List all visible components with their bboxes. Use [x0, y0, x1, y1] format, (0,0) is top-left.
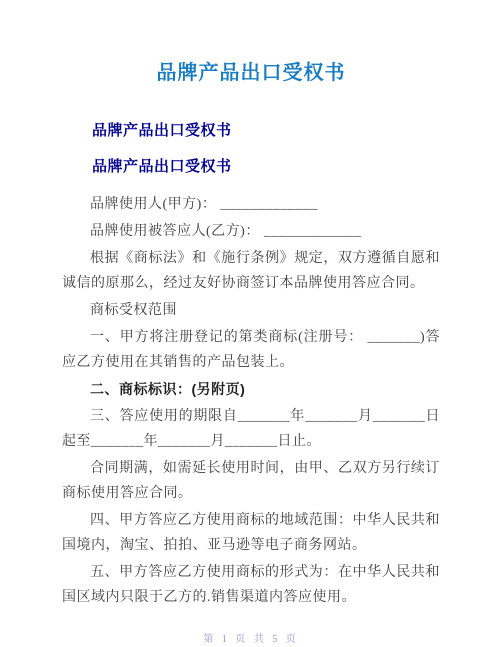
document-body: 品牌使用人(甲方)： _____________ 品牌使用被答应人(乙方)： _…	[62, 192, 440, 610]
document-subtitle-1: 品牌产品出口受权书	[62, 119, 440, 140]
document-title: 品牌产品出口受权书	[62, 56, 440, 85]
paragraph-party-b-blank: 品牌使用被答应人(乙方)： _____________	[62, 219, 440, 244]
paragraph-clause-1: 一、甲方将注册登记的第类商标(注册号： _______)答应乙方使用在其销售的产…	[62, 325, 440, 375]
paragraph-clause-3-term: 三、答应使用的期限自_______年_______月_______日起至____…	[62, 404, 440, 454]
paragraph-clause-5-form: 五、甲方答应乙方使用商标的形式为：在中华人民共和国区域内只限于乙方的.销售渠道内…	[62, 560, 440, 610]
paragraph-clause-2: 二、商标标识：(另附页)	[62, 377, 440, 402]
paragraph-preamble: 根据《商标法》和《施行条例》规定，双方遵循自愿和诚信的原那么，经过友好协商签订本…	[62, 246, 440, 296]
paragraph-renewal-note: 合同期满，如需延长使用时间，由甲、乙双方另行续订商标使用答应合同。	[62, 456, 440, 506]
document-page: 品牌产品出口受权书 品牌产品出口受权书 品牌产品出口受权书 品牌使用人(甲方)：…	[0, 0, 500, 647]
document-subtitle-2: 品牌产品出口受权书	[62, 155, 440, 176]
paragraph-clause-4-region: 四、甲方答应乙方使用商标的地域范围：中华人民共和国境内，淘宝、拍拍、亚马逊等电子…	[62, 508, 440, 558]
paragraph-scope-heading: 商标受权范围	[62, 298, 440, 323]
paragraph-party-a-blank: 品牌使用人(甲方)： _____________	[62, 192, 440, 217]
page-number-footer: 第 1 页 共 5 页	[62, 630, 440, 645]
